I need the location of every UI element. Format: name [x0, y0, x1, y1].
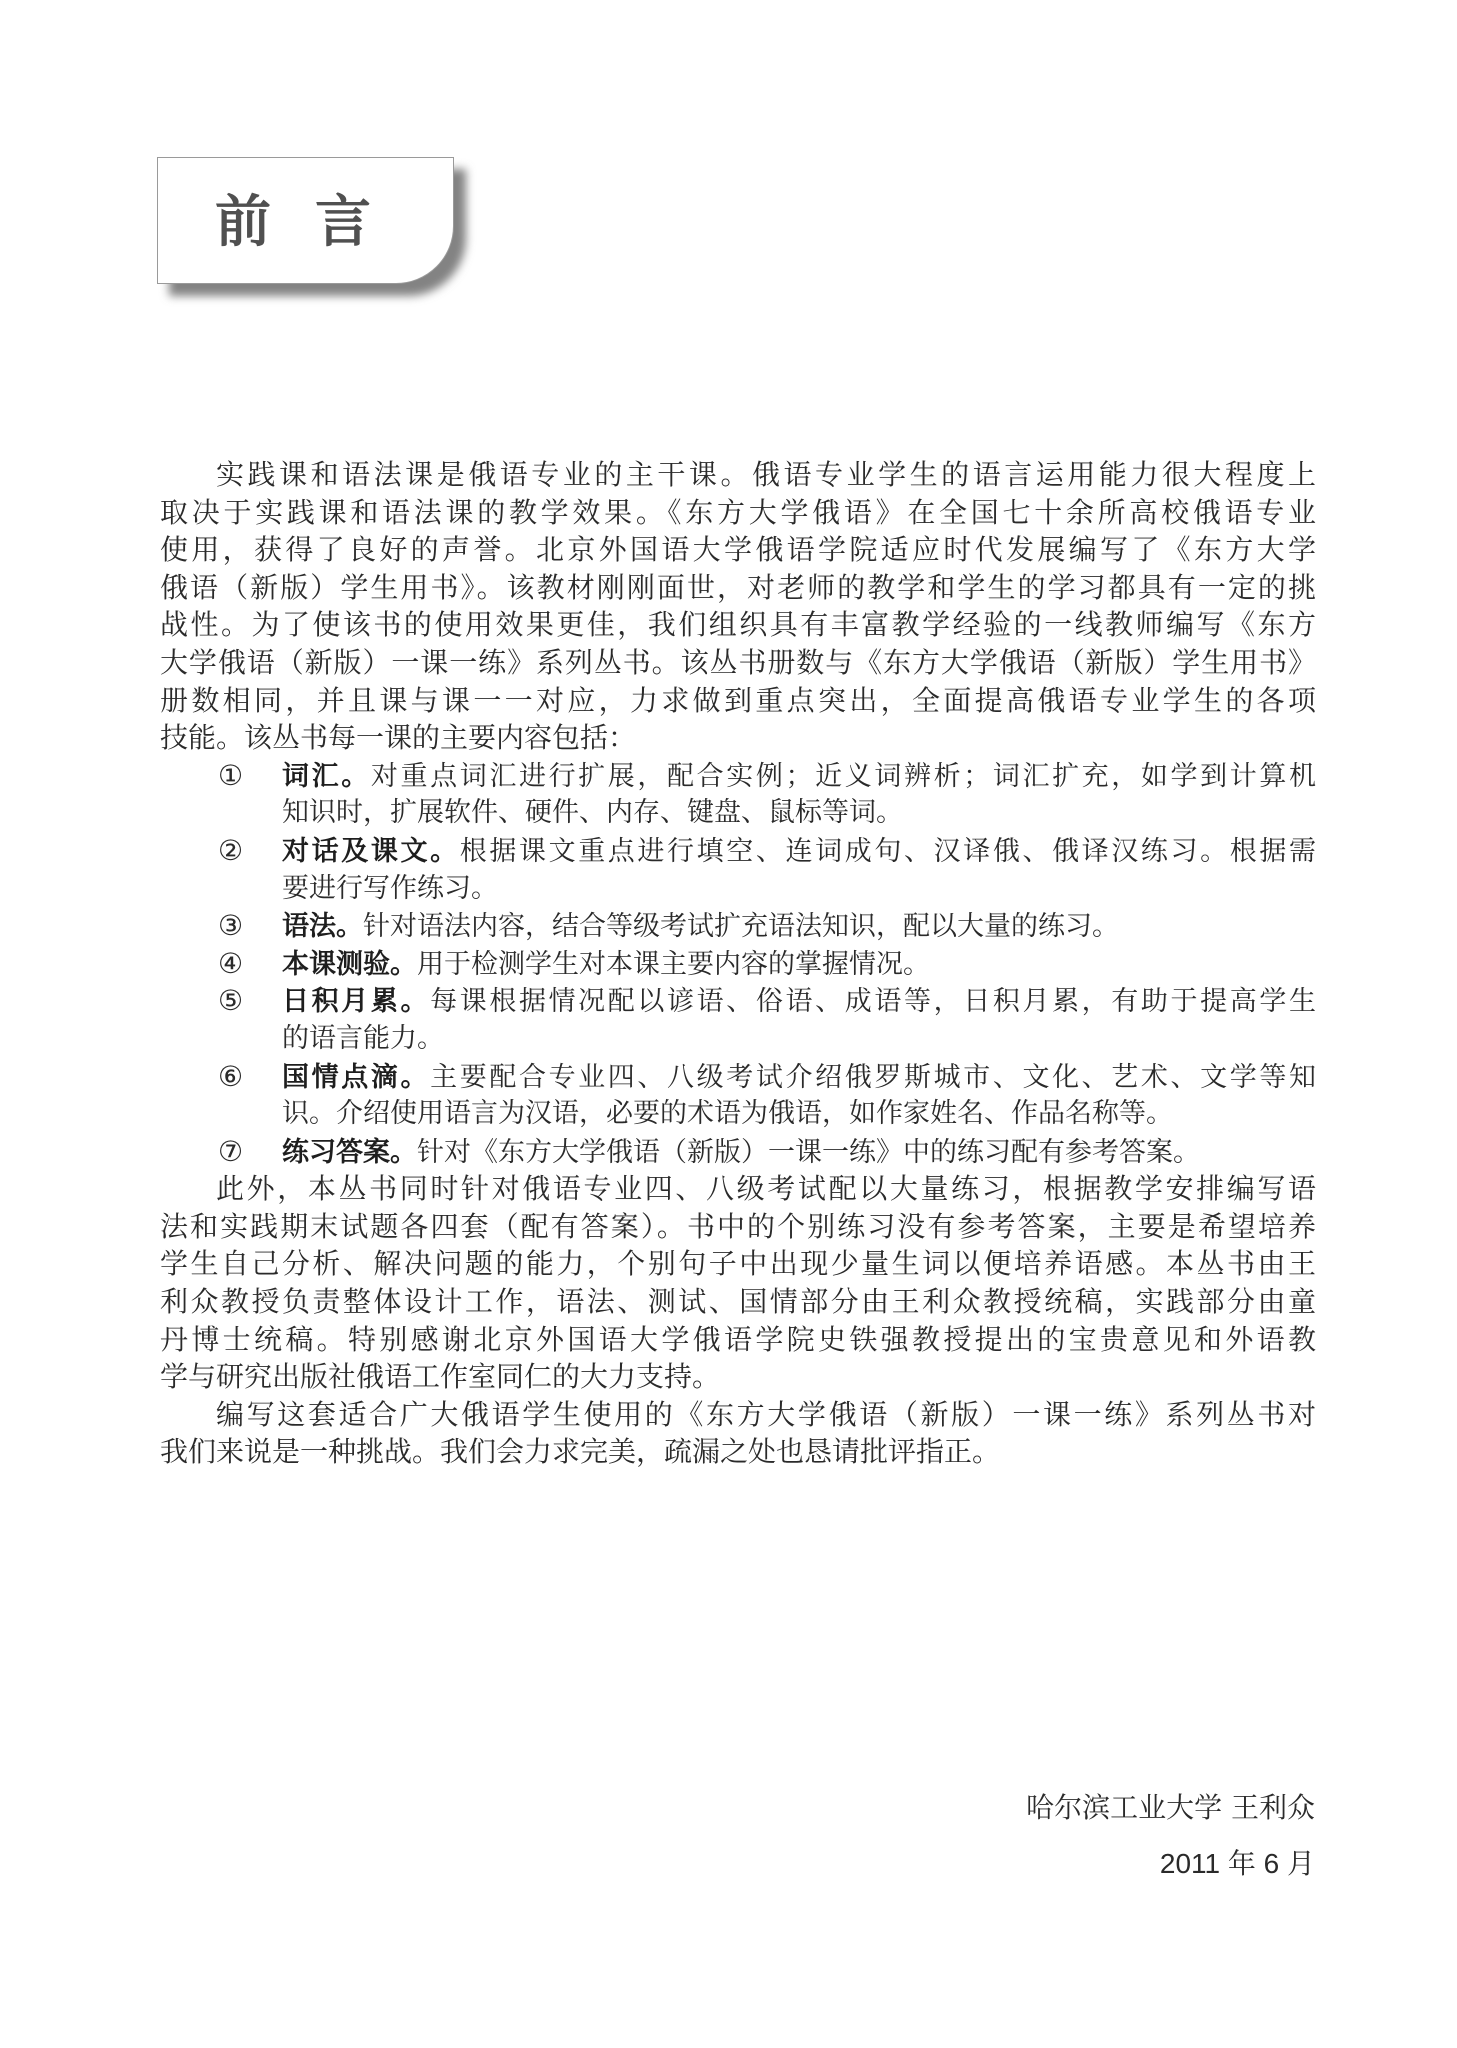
page-title: 前言 — [215, 190, 415, 254]
paragraph-closing: 编写这套适合广大俄语学生使用的《东方大学俄语（新版）一课一练》系列丛书对 我们来… — [160, 1396, 1316, 1471]
signature-block: 哈尔滨工业大学 王利众 2011 年 6 月 — [1026, 1780, 1315, 1892]
item-number: ① — [160, 757, 282, 795]
list-item-dialogue-text: ② 对话及课文。根据课文重点进行填空、连词成句、汉译俄、俄译汉练习。根据需 要进… — [160, 832, 1316, 907]
item-heading: 国情点滴。 — [282, 1062, 430, 1093]
item-text: 对重点词汇进行扩展，配合实例；近义词辨析；词汇扩充，如学到计算机 — [371, 761, 1316, 792]
item-number: ⑦ — [160, 1133, 282, 1171]
text-line: 使用，获得了良好的声誉。北京外国语大学俄语学院适应时代发展编写了《东方大学 — [160, 531, 1316, 569]
item-number: ③ — [160, 907, 282, 945]
signature-date: 2011 年 6 月 — [1026, 1836, 1315, 1892]
paragraph-intro: 实践课和语法课是俄语专业的主干课。俄语专业学生的语言运用能力很大程度上 取决于实… — [160, 456, 1316, 757]
preface-body: 实践课和语法课是俄语专业的主干课。俄语专业学生的语言运用能力很大程度上 取决于实… — [160, 456, 1316, 1471]
text-line: 战性。为了使该书的使用效果更佳，我们组织具有丰富教学经验的一线教师编写《东方 — [160, 606, 1316, 644]
list-item-lesson-test: ④ 本课测验。用于检测学生对本课主要内容的掌握情况。 — [160, 945, 1316, 983]
item-text-continued: 知识时，扩展软件、硬件、内存、键盘、鼠标等词。 — [160, 794, 1316, 832]
text-line: 丹博士统稿。特别感谢北京外国语大学俄语学院史铁强教授提出的宝贵意见和外语教 — [160, 1321, 1316, 1359]
content-list: ① 词汇。对重点词汇进行扩展，配合实例；近义词辨析；词汇扩充，如学到计算机 知识… — [160, 757, 1316, 1171]
item-heading: 语法。 — [282, 911, 363, 942]
item-text: 每课根据情况配以谚语、俗语、成语等，日积月累，有助于提高学生 — [430, 986, 1316, 1017]
item-heading: 对话及课文。 — [282, 836, 460, 867]
item-number: ④ — [160, 945, 282, 983]
item-text: 针对《东方大学俄语（新版）一课一练》中的练习配有参考答案。 — [417, 1137, 1200, 1168]
item-heading: 本课测验。 — [282, 949, 417, 980]
title-box: 前言 — [157, 157, 454, 284]
list-item-vocabulary: ① 词汇。对重点词汇进行扩展，配合实例；近义词辨析；词汇扩充，如学到计算机 知识… — [160, 757, 1316, 832]
item-heading: 练习答案。 — [282, 1137, 417, 1168]
text-line: 俄语（新版）学生用书》。该教材刚刚面世，对老师的教学和学生的学习都具有一定的挑 — [160, 569, 1316, 607]
list-item-answers: ⑦ 练习答案。针对《东方大学俄语（新版）一课一练》中的练习配有参考答案。 — [160, 1133, 1316, 1171]
text-line: 编写这套适合广大俄语学生使用的《东方大学俄语（新版）一课一练》系列丛书对 — [160, 1396, 1316, 1434]
text-line: 取决于实践课和语法课的教学效果。《东方大学俄语》在全国七十余所高校俄语专业 — [160, 494, 1316, 532]
item-number: ⑤ — [160, 982, 282, 1020]
text-line: 实践课和语法课是俄语专业的主干课。俄语专业学生的语言运用能力很大程度上 — [160, 456, 1316, 494]
author-affiliation: 哈尔滨工业大学 王利众 — [1026, 1780, 1315, 1836]
text-line: 技能。该丛书每一课的主要内容包括： — [160, 719, 1316, 757]
item-text: 用于检测学生对本课主要内容的掌握情况。 — [417, 949, 930, 980]
text-line: 我们来说是一种挑战。我们会力求完美，疏漏之处也恳请批评指正。 — [160, 1433, 1316, 1471]
item-number: ⑥ — [160, 1058, 282, 1096]
text-line: 利众教授负责整体设计工作，语法、测试、国情部分由王利众教授统稿，实践部分由童 — [160, 1283, 1316, 1321]
text-line: 学与研究出版社俄语工作室同仁的大力支持。 — [160, 1358, 1316, 1396]
item-text: 针对语法内容，结合等级考试扩充语法知识，配以大量的练习。 — [363, 911, 1119, 942]
item-heading: 日积月累。 — [282, 986, 430, 1017]
item-text-continued: 的语言能力。 — [160, 1020, 1316, 1058]
list-item-grammar: ③ 语法。针对语法内容，结合等级考试扩充语法知识，配以大量的练习。 — [160, 907, 1316, 945]
paragraph-additional: 此外，本丛书同时针对俄语专业四、八级考试配以大量练习，根据教学安排编写语 法和实… — [160, 1170, 1316, 1396]
list-item-country-info: ⑥ 国情点滴。主要配合专业四、八级考试介绍俄罗斯城市、文化、艺术、文学等知 识。… — [160, 1058, 1316, 1133]
list-item-accumulation: ⑤ 日积月累。每课根据情况配以谚语、俗语、成语等，日积月累，有助于提高学生 的语… — [160, 982, 1316, 1057]
item-number: ② — [160, 832, 282, 870]
text-line: 此外，本丛书同时针对俄语专业四、八级考试配以大量练习，根据教学安排编写语 — [160, 1170, 1316, 1208]
text-line: 册数相同，并且课与课一一对应，力求做到重点突出，全面提高俄语专业学生的各项 — [160, 682, 1316, 720]
text-line: 学生自己分析、解决问题的能力，个别句子中出现少量生词以便培养语感。本丛书由王 — [160, 1245, 1316, 1283]
item-text: 根据课文重点进行填空、连词成句、汉译俄、俄译汉练习。根据需 — [460, 836, 1316, 867]
text-line: 法和实践期末试题各四套（配有答案）。书中的个别练习没有参考答案，主要是希望培养 — [160, 1208, 1316, 1246]
item-text: 主要配合专业四、八级考试介绍俄罗斯城市、文化、艺术、文学等知 — [430, 1062, 1316, 1093]
item-heading: 词汇。 — [282, 761, 371, 792]
text-line: 大学俄语（新版）一课一练》系列丛书。该丛书册数与《东方大学俄语（新版）学生用书》 — [160, 644, 1316, 682]
item-text-continued: 识。介绍使用语言为汉语，必要的术语为俄语，如作家姓名、作品名称等。 — [160, 1095, 1316, 1133]
item-text-continued: 要进行写作练习。 — [160, 870, 1316, 908]
